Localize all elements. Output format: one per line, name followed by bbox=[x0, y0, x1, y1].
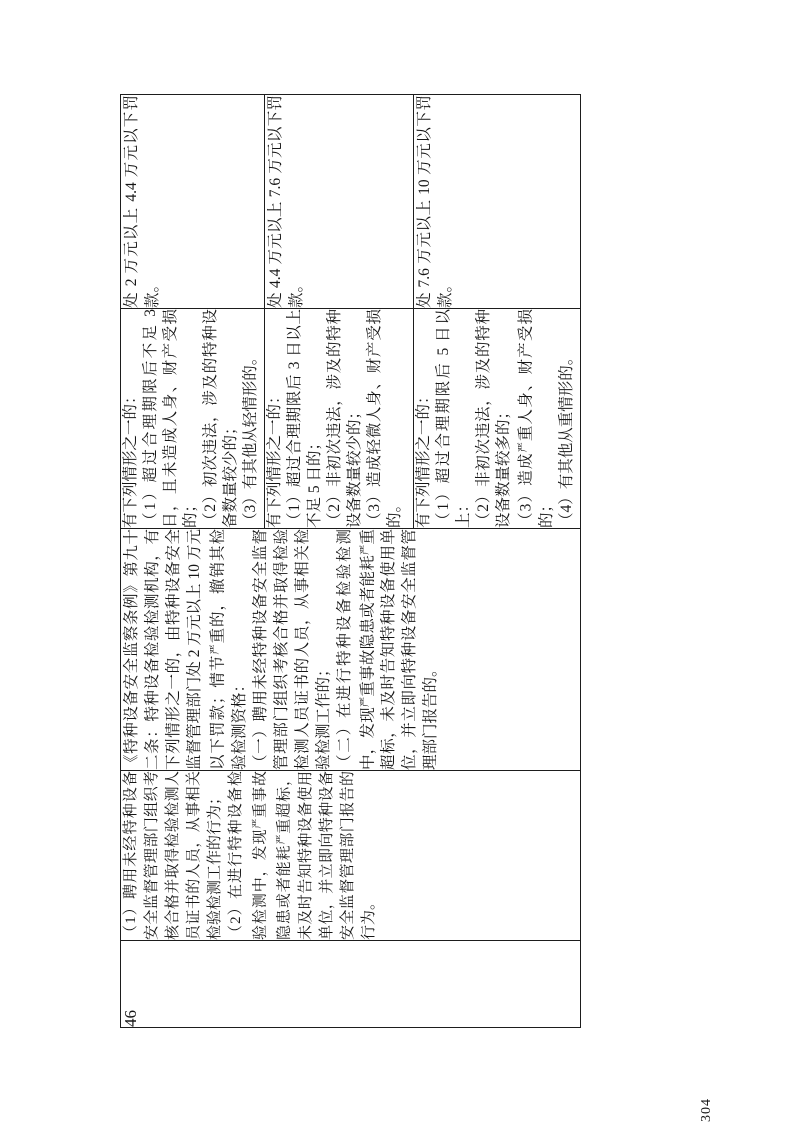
serial-number: 46 bbox=[121, 941, 141, 1027]
tier2-circumstance: （3）造成轻微人身、财产受损的。 bbox=[365, 309, 405, 528]
legal-basis-para-2: （一）聘用未经特种设备安全监督管理部门组织考核合格并取得检验检测人员证书的人员，… bbox=[250, 529, 334, 770]
tier3-circumstance: （3）造成严重人身、财产受损的； bbox=[514, 309, 557, 528]
cell-circumstances-tier2: 有下列情形之一的： （1）超过合理期限后 3 日以上不足 5 日的； （2）非初… bbox=[265, 309, 414, 529]
legal-basis-para-1: 《特种设备安全监察条例》第九十二条：特种设备检验检测机构，有下列情形之一的，由特… bbox=[121, 529, 250, 770]
penalty-standards-table: 46 （1）聘用未经特种设备安全监督管理部门组织考核合格并取得检验检测人员证书的… bbox=[120, 94, 581, 1028]
cell-circumstances-tier1: 有下列情形之一的： （1）超过合理期限后不足 3 日，且未造成人身、财产受损的；… bbox=[121, 309, 265, 529]
cell-penalty-tier3: 处 7.6 万元以上 10 万元以下罚款。 bbox=[414, 95, 581, 309]
tier2-penalty: 处 4.4 万元以上 7.6 万元以下罚款。 bbox=[265, 95, 307, 308]
tier2-circumstance: （2）非初次违法，涉及的特种设备数量较少的； bbox=[325, 309, 365, 528]
tier1-circumstance: （3）有其他从轻情形的。 bbox=[241, 309, 261, 528]
cell-serial-number: 46 bbox=[121, 941, 581, 1028]
tier1-circumstance: （2）初次违法，涉及的特种设备数量较少的； bbox=[201, 309, 241, 528]
page-number: 304 bbox=[699, 0, 715, 1122]
violation-para-2: （2）在进行特种设备检验检测中，发现严重事故隐患或者能耗严重超标，未及时告知特种… bbox=[226, 771, 380, 940]
cell-legal-basis: 《特种设备安全监察条例》第九十二条：特种设备检验检测机构，有下列情形之一的，由特… bbox=[121, 529, 581, 771]
tier3-circumstance: （2）非初次违法，涉及的特种设备数量较多的； bbox=[474, 309, 514, 528]
cell-violation-description: （1）聘用未经特种设备安全监督管理部门组织考核合格并取得检验检测人员证书的人员，… bbox=[121, 771, 581, 941]
tier3-circumstance: 有下列情形之一的： bbox=[414, 309, 434, 528]
tier1-penalty: 处 2 万元以上 4.4 万元以下罚款。 bbox=[121, 95, 163, 308]
tier2-circumstance: （1）超过合理期限后 3 日以上不足 5 日的； bbox=[285, 309, 325, 528]
legal-basis-para-3: （二）在进行特种设备检验检测中，发现严重事故隐患或者能耗严重超标，未及时告知特种… bbox=[334, 529, 442, 770]
tier1-circumstance: （1）超过合理期限后不足 3 日，且未造成人身、财产受损的； bbox=[141, 309, 201, 528]
rotated-landscape-page: 46 （1）聘用未经特种设备安全监督管理部门组织考核合格并取得检验检测人员证书的… bbox=[0, 0, 793, 1122]
tier3-penalty: 处 7.6 万元以上 10 万元以下罚款。 bbox=[414, 95, 456, 308]
cell-penalty-tier2: 处 4.4 万元以上 7.6 万元以下罚款。 bbox=[265, 95, 414, 309]
tier1-circumstance: 有下列情形之一的： bbox=[121, 309, 141, 528]
tier2-circumstance: 有下列情形之一的： bbox=[265, 309, 285, 528]
tier3-circumstance: （1）超过合理期限后 5 日以上： bbox=[434, 309, 474, 528]
violation-para-1: （1）聘用未经特种设备安全监督管理部门组织考核合格并取得检验检测人员证书的人员，… bbox=[121, 771, 226, 940]
cell-penalty-tier1: 处 2 万元以上 4.4 万元以下罚款。 bbox=[121, 95, 265, 309]
tier3-circumstance: （4）有其他从重情形的。 bbox=[557, 309, 577, 528]
cell-circumstances-tier3: 有下列情形之一的： （1）超过合理期限后 5 日以上： （2）非初次违法，涉及的… bbox=[414, 309, 581, 529]
